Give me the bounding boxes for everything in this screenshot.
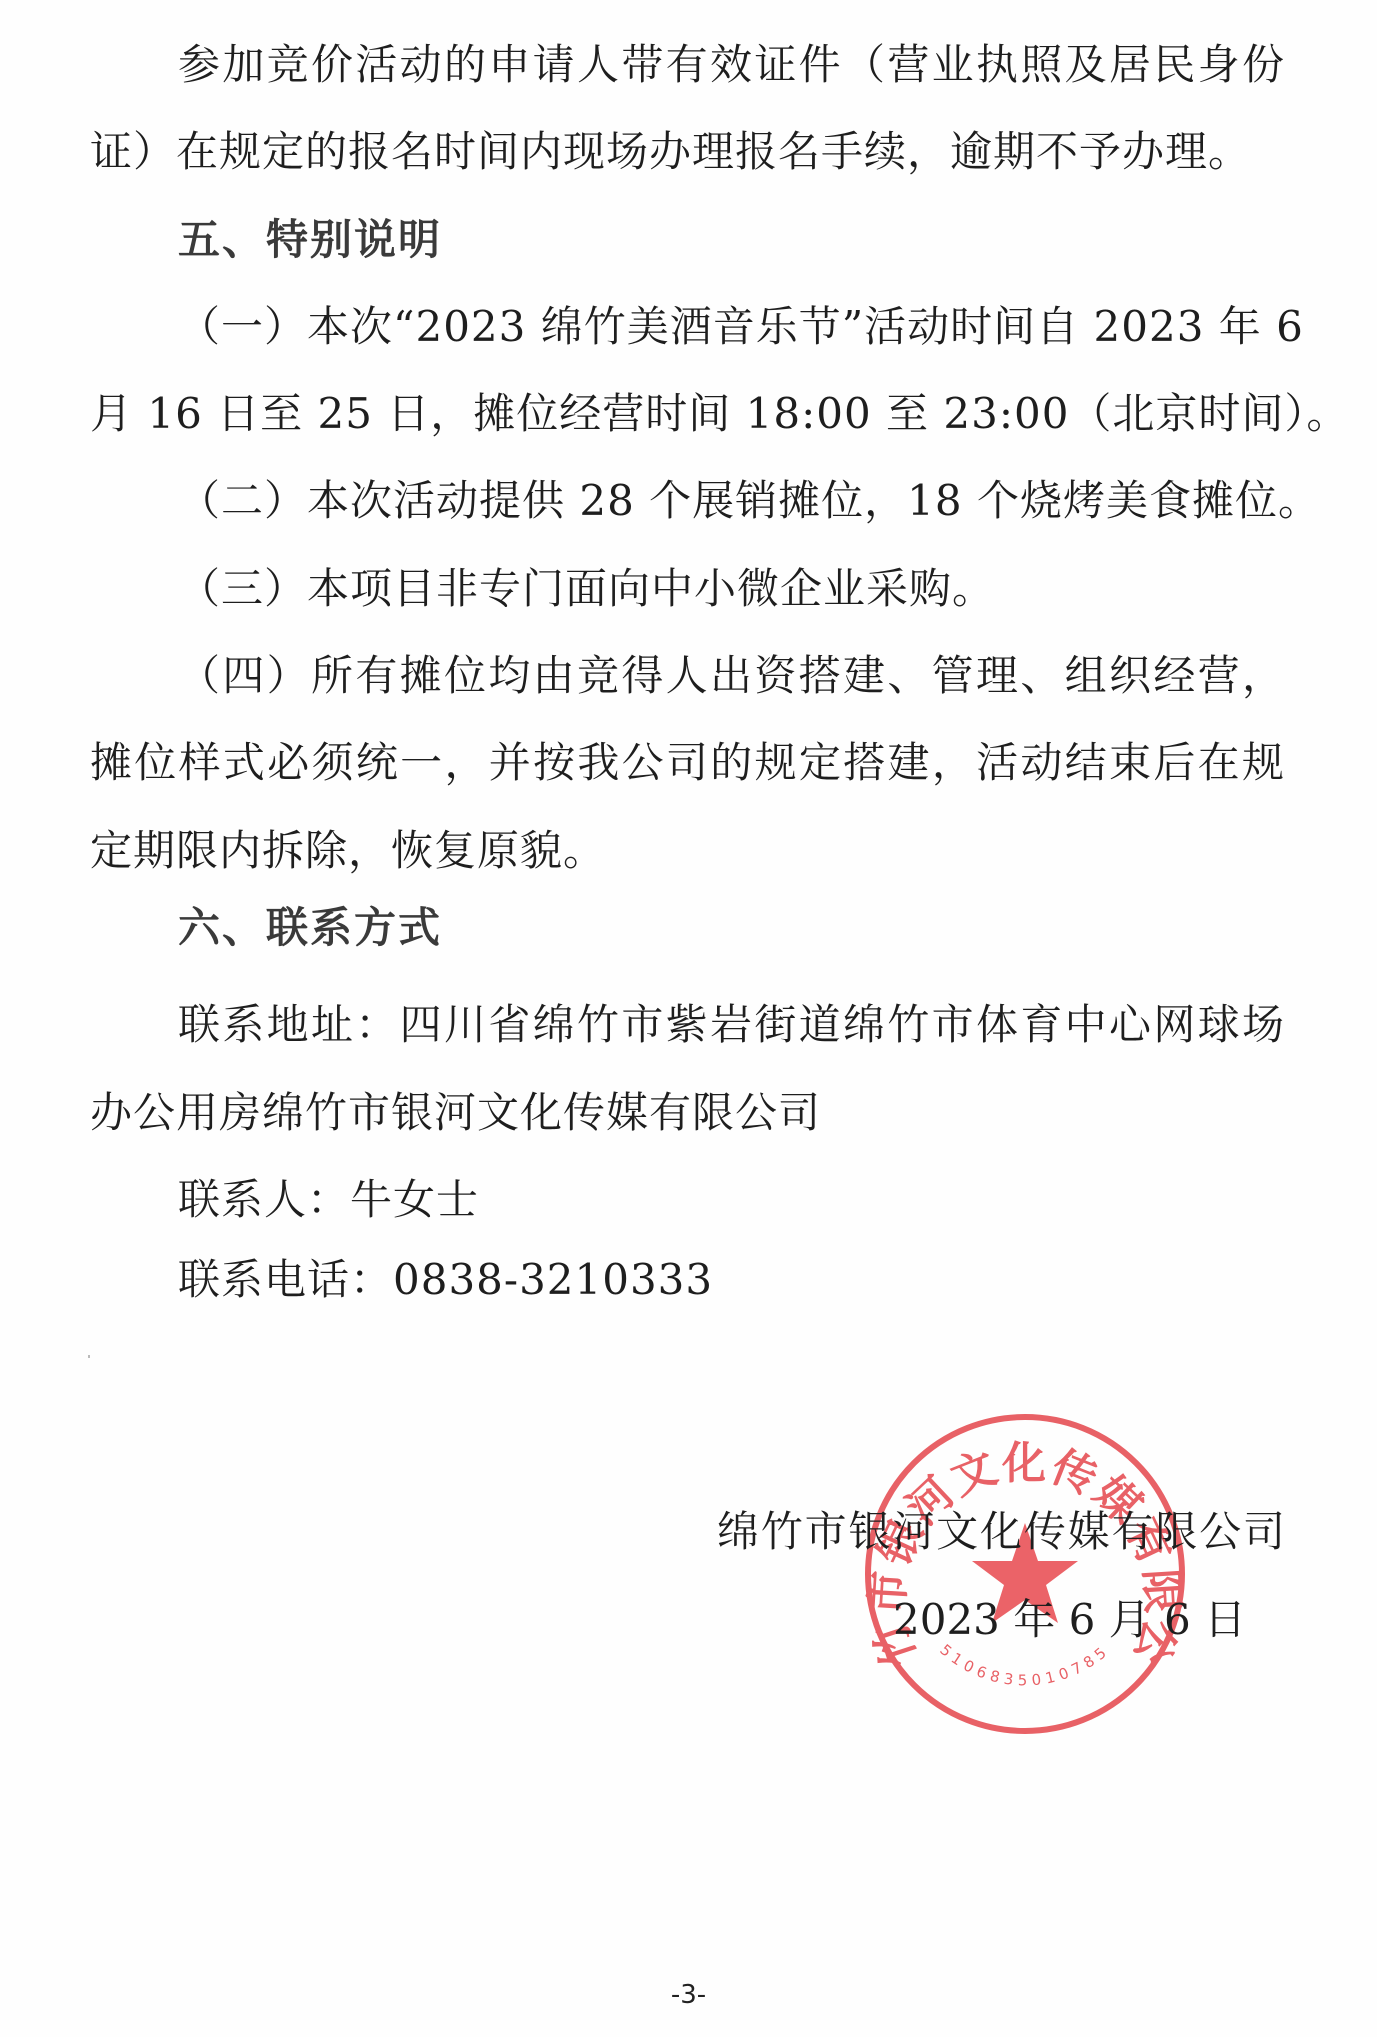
paragraph-line: 月 16 日至 25 日，摊位经营时间 18:00 至 23:00（北京时间）。 <box>90 384 1285 444</box>
paragraph-line: （三）本项目非专门面向中小微企业采购。 <box>90 559 1285 619</box>
official-seal-stamp: 绵竹市银河文化传媒有限公司 5106835010785 <box>863 1413 1187 1735</box>
paragraph-line: 证）在规定的报名时间内现场办理报名手续，逾期不予办理。 <box>90 122 1285 182</box>
signature-company: 绵竹市银河文化传媒有限公司 <box>717 1502 1285 1562</box>
contact-address-line: 办公用房绵竹市银河文化传媒有限公司 <box>90 1083 1285 1143</box>
paragraph-line: 参加竞价活动的申请人带有效证件（营业执照及居民身份 <box>90 35 1285 95</box>
paragraph-line: （四）所有摊位均由竞得人出资搭建、管理、组织经营， <box>90 646 1285 706</box>
document-page: 参加竞价活动的申请人带有效证件（营业执照及居民身份 证）在规定的报名时间内现场办… <box>0 0 1377 2037</box>
contact-phone: 联系电话：0838-3210333 <box>90 1250 1285 1310</box>
contact-address-line: 联系地址：四川省绵竹市紫岩街道绵竹市体育中心网球场 <box>90 995 1285 1055</box>
section-heading-special-notes: 五、特别说明 <box>90 210 1285 270</box>
contact-person: 联系人：牛女士 <box>90 1170 1285 1230</box>
signature-date: 2023 年 6 月 6 日 <box>893 1590 1200 1650</box>
paragraph-line: （二）本次活动提供 28 个展销摊位，18 个烧烤美食摊位。 <box>90 471 1285 531</box>
page-number: -3- <box>0 1980 1377 2010</box>
paragraph-line: （一）本次“2023 绵竹美酒音乐节”活动时间自 2023 年 6 <box>90 297 1285 357</box>
section-heading-contact: 六、联系方式 <box>90 898 1285 958</box>
paragraph-line: 摊位样式必须统一，并按我公司的规定搭建，活动结束后在规 <box>90 733 1285 793</box>
paragraph-line: 定期限内拆除，恢复原貌。 <box>90 821 1285 881</box>
scan-speck <box>88 1355 90 1358</box>
